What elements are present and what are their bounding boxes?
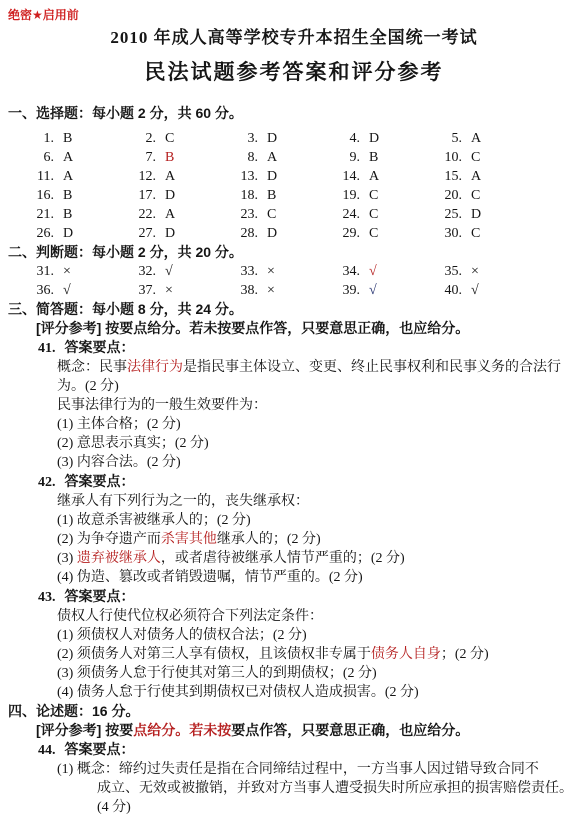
answer-number: 39. bbox=[326, 281, 360, 300]
answer-value: A bbox=[165, 167, 176, 186]
answer-number: 28. bbox=[224, 224, 258, 243]
answer-value: A bbox=[369, 167, 380, 186]
section-essay-heading: 四、论述题：16 分。 bbox=[8, 702, 580, 721]
highlighted-text: 法律行为 bbox=[127, 360, 183, 375]
answer-number: 35. bbox=[428, 262, 462, 281]
answer-number: 3. bbox=[224, 129, 258, 148]
answer-item: 4.D bbox=[326, 129, 428, 148]
answer-value: D bbox=[165, 224, 176, 243]
answer-value: × bbox=[267, 281, 275, 300]
text-line: (1) 故意杀害被继承人的；(2 分) bbox=[57, 511, 580, 530]
text-segment: 要点作答，只要意思正确，也应给分。 bbox=[231, 722, 469, 738]
text-line: (1) 主体合格；(2 分) bbox=[57, 415, 580, 434]
answer-number: 18. bbox=[224, 186, 258, 205]
section-short-answer-heading: 三、简答题：每小题 8 分，共 24 分。 bbox=[8, 300, 580, 319]
answer-item: 20.C bbox=[428, 186, 530, 205]
text-segment: (1) 概念：缔约过失责任是指在合同缔结过程中，一方当事人因过错导致合同不 bbox=[57, 762, 539, 777]
text-segment: 债权人行使代位权必须符合下列法定条件： bbox=[57, 609, 323, 624]
answer-number: 8. bbox=[224, 148, 258, 167]
answer-value: A bbox=[471, 129, 482, 148]
answer-value: B bbox=[63, 205, 73, 224]
answer-item: 40.√ bbox=[428, 281, 530, 300]
text-line: (2) 意思表示真实；(2 分) bbox=[57, 434, 580, 453]
answer-item: 3.D bbox=[224, 129, 326, 148]
question-block: 44.答案要点：(1) 概念：缔约过失责任是指在合同缔结过程中，一方当事人因过错… bbox=[8, 740, 580, 814]
question-block: 41.答案要点：概念：民事法律行为是指民事主体设立、变更、终止民事权利和民事义务… bbox=[8, 338, 580, 472]
answer-item: 26.D bbox=[20, 224, 122, 243]
text-line: (1) 须债权人对债务人的债权合法；(2 分) bbox=[57, 626, 580, 645]
text-line: 债权人行使代位权必须符合下列法定条件： bbox=[57, 607, 580, 626]
question-header: 44.答案要点： bbox=[38, 740, 580, 760]
answer-item: 35.× bbox=[428, 262, 530, 281]
answer-value: × bbox=[267, 262, 275, 281]
answer-number: 15. bbox=[428, 167, 462, 186]
text-line: 成立、无效或被撤销，并致对方当事人遭受损失时所应承担的损害赔偿责任。 bbox=[97, 779, 580, 798]
text-segment: ，或者虐待被继承人情节严重的；(2 分) bbox=[161, 551, 405, 566]
judgment-answer-grid: 31.×32.√33.×34.√35.×36.√37.×38.×39.√40.√ bbox=[20, 262, 580, 300]
answer-item: 19.C bbox=[326, 186, 428, 205]
text-line: [评分参考] 按要点给分。若未按要点作答，只要意思正确，也应给分。 bbox=[36, 319, 580, 338]
text-segment: (3) 须债务人怠于行使其对第三人的到期债权；(2 分) bbox=[57, 666, 377, 681]
short-answer-questions: 41.答案要点：概念：民事法律行为是指民事主体设立、变更、终止民事权利和民事义务… bbox=[8, 338, 580, 702]
answer-number: 14. bbox=[326, 167, 360, 186]
answer-number: 40. bbox=[428, 281, 462, 300]
answer-value: A bbox=[165, 205, 176, 224]
answer-key-title: 民法试题参考答案和评分参考 bbox=[8, 58, 580, 88]
answer-item: 13.D bbox=[224, 167, 326, 186]
answer-value: A bbox=[471, 167, 482, 186]
text-line: 为。(2 分) bbox=[57, 377, 580, 396]
answer-number: 30. bbox=[428, 224, 462, 243]
answer-value: C bbox=[471, 186, 481, 205]
answer-number: 27. bbox=[122, 224, 156, 243]
answer-value: C bbox=[369, 224, 379, 243]
answer-item: 12.A bbox=[122, 167, 224, 186]
answer-item: 34.√ bbox=[326, 262, 428, 281]
text-line: 继承人有下列行为之一的，丧失继承权： bbox=[57, 492, 580, 511]
text-segment: 继承人有下列行为之一的，丧失继承权： bbox=[57, 494, 309, 509]
question-number: 44. bbox=[38, 743, 56, 758]
answer-number: 20. bbox=[428, 186, 462, 205]
question-label: 答案要点： bbox=[65, 473, 135, 489]
section-judgment-heading: 二、判断题：每小题 2 分，共 20 分。 bbox=[8, 243, 580, 262]
answer-value: D bbox=[267, 224, 278, 243]
answer-number: 19. bbox=[326, 186, 360, 205]
highlighted-text: 杀害其他 bbox=[161, 532, 217, 547]
answer-value: D bbox=[369, 129, 380, 148]
answer-item: 16.B bbox=[20, 186, 122, 205]
text-segment: (1) 须债权人对债务人的债权合法；(2 分) bbox=[57, 628, 307, 643]
answer-value: C bbox=[165, 129, 175, 148]
answer-value: D bbox=[165, 186, 176, 205]
answer-value: √ bbox=[165, 262, 173, 281]
answer-value: B bbox=[369, 148, 379, 167]
text-segment: (3) 内容合法。(2 分) bbox=[57, 455, 181, 470]
text-segment: (2) 意思表示真实；(2 分) bbox=[57, 436, 209, 451]
answer-number: 33. bbox=[224, 262, 258, 281]
answer-item: 23.C bbox=[224, 205, 326, 224]
answer-number: 16. bbox=[20, 186, 54, 205]
answer-number: 13. bbox=[224, 167, 258, 186]
answer-item: 24.C bbox=[326, 205, 428, 224]
answer-item: 9.B bbox=[326, 148, 428, 167]
answer-value: × bbox=[63, 262, 71, 281]
answer-number: 37. bbox=[122, 281, 156, 300]
answer-item: 27.D bbox=[122, 224, 224, 243]
scoring-note-essay: [评分参考] 按要点给分。若未按要点作答，只要意思正确，也应给分。 bbox=[8, 721, 580, 740]
answer-value: B bbox=[63, 129, 73, 148]
question-label: 答案要点： bbox=[65, 339, 135, 355]
question-block: 43.答案要点：债权人行使代位权必须符合下列法定条件：(1) 须债权人对债务人的… bbox=[8, 587, 580, 702]
answer-item: 32.√ bbox=[122, 262, 224, 281]
answer-number: 26. bbox=[20, 224, 54, 243]
answer-number: 7. bbox=[122, 148, 156, 167]
text-line: [评分参考] 按要点给分。若未按要点作答，只要意思正确，也应给分。 bbox=[36, 721, 580, 740]
choice-answer-grid: 1.B2.C3.D4.D5.A6.A7.B8.A9.B10.C11.A12.A1… bbox=[20, 129, 580, 243]
document-page: 绝密★启用前 2010 年成人高等学校专升本招生全国统一考试 民法试题参考答案和… bbox=[0, 0, 588, 814]
answer-number: 22. bbox=[122, 205, 156, 224]
text-segment: 继承人的；(2 分) bbox=[217, 532, 321, 547]
answer-number: 1. bbox=[20, 129, 54, 148]
scoring-note-short-answer: [评分参考] 按要点给分。若未按要点作答，只要意思正确，也应给分。 bbox=[8, 319, 580, 338]
answer-number: 25. bbox=[428, 205, 462, 224]
answer-item: 17.D bbox=[122, 186, 224, 205]
text-line: (4 分) bbox=[97, 798, 580, 814]
answer-number: 11. bbox=[20, 167, 54, 186]
highlighted-text: 遗弃被继承人 bbox=[77, 551, 161, 566]
question-header: 41.答案要点： bbox=[38, 338, 580, 358]
text-segment: 为。(2 分) bbox=[57, 379, 119, 394]
answer-item: 6.A bbox=[20, 148, 122, 167]
text-segment: 民事法律行为的一般生效要件为： bbox=[57, 398, 267, 413]
text-segment: (2) 须债务人对第三人享有债权，且该债权非专属于 bbox=[57, 647, 371, 662]
text-segment: [评分参考] 按要点给分。若未按要点作答，只要意思正确，也应给分。 bbox=[36, 320, 469, 336]
question-number: 43. bbox=[38, 590, 56, 605]
answer-number: 31. bbox=[20, 262, 54, 281]
exam-title: 2010 年成人高等学校专升本招生全国统一考试 bbox=[8, 26, 580, 50]
answer-number: 36. bbox=[20, 281, 54, 300]
text-line: (4) 债务人怠于行使其到期债权已对债权人造成损害。(2 分) bbox=[57, 683, 580, 702]
answer-value: × bbox=[471, 262, 479, 281]
text-line: (3) 内容合法。(2 分) bbox=[57, 453, 580, 472]
answer-value: C bbox=[267, 205, 277, 224]
answer-item: 25.D bbox=[428, 205, 530, 224]
text-segment: (3) bbox=[57, 551, 77, 566]
text-line: 民事法律行为的一般生效要件为： bbox=[57, 396, 580, 415]
answer-value: D bbox=[267, 129, 278, 148]
answer-value: √ bbox=[63, 281, 71, 300]
text-segment: 是指民事主体设立、变更、终止民事权利和民事义务的合法行 bbox=[183, 360, 561, 375]
question-number: 41. bbox=[38, 341, 56, 356]
text-segment: (1) 主体合格；(2 分) bbox=[57, 417, 181, 432]
highlighted-text: 债务人自身 bbox=[371, 647, 441, 662]
text-segment: (1) 故意杀害被继承人的；(2 分) bbox=[57, 513, 251, 528]
text-segment: [评分参考] 按要 bbox=[36, 722, 133, 738]
answer-value: √ bbox=[471, 281, 479, 300]
text-line: 概念：民事法律行为是指民事主体设立、变更、终止民事权利和民事义务的合法行 bbox=[57, 358, 580, 377]
text-segment: (2) 为争夺遗产而 bbox=[57, 532, 161, 547]
answer-value: B bbox=[165, 148, 175, 167]
answer-item: 33.× bbox=[224, 262, 326, 281]
answer-item: 10.C bbox=[428, 148, 530, 167]
text-line: (3) 须债务人怠于行使其对第三人的到期债权；(2 分) bbox=[57, 664, 580, 683]
text-segment: (4 分) bbox=[97, 800, 131, 814]
answer-number: 9. bbox=[326, 148, 360, 167]
question-header: 42.答案要点： bbox=[38, 472, 580, 492]
answer-value: D bbox=[471, 205, 482, 224]
answer-value: A bbox=[63, 167, 74, 186]
answer-value: C bbox=[369, 205, 379, 224]
answer-number: 5. bbox=[428, 129, 462, 148]
answer-value: √ bbox=[369, 281, 377, 300]
answer-item: 29.C bbox=[326, 224, 428, 243]
text-line: (2) 须债务人对第三人享有债权，且该债权非专属于债务人自身；(2 分) bbox=[57, 645, 580, 664]
answer-value: A bbox=[267, 148, 278, 167]
text-line: (4) 伪造、篡改或者销毁遗嘱，情节严重的。(2 分) bbox=[57, 568, 580, 587]
answer-number: 34. bbox=[326, 262, 360, 281]
question-number: 42. bbox=[38, 475, 56, 490]
answer-item: 15.A bbox=[428, 167, 530, 186]
text-segment: 成立、无效或被撤销，并致对方当事人遭受损失时所应承担的损害赔偿责任。 bbox=[97, 781, 573, 796]
answer-item: 36.√ bbox=[20, 281, 122, 300]
answer-number: 17. bbox=[122, 186, 156, 205]
answer-value: × bbox=[165, 281, 173, 300]
answer-item: 7.B bbox=[122, 148, 224, 167]
answer-number: 21. bbox=[20, 205, 54, 224]
section-choice-heading: 一、选择题：每小题 2 分，共 60 分。 bbox=[8, 104, 580, 123]
text-segment: (4) 债务人怠于行使其到期债权已对债权人造成损害。(2 分) bbox=[57, 685, 419, 700]
answer-number: 32. bbox=[122, 262, 156, 281]
question-header: 43.答案要点： bbox=[38, 587, 580, 607]
answer-value: B bbox=[63, 186, 73, 205]
text-line: (2) 为争夺遗产而杀害其他继承人的；(2 分) bbox=[57, 530, 580, 549]
question-block: 42.答案要点：继承人有下列行为之一的，丧失继承权：(1) 故意杀害被继承人的；… bbox=[8, 472, 580, 587]
answer-value: √ bbox=[369, 262, 377, 281]
answer-number: 10. bbox=[428, 148, 462, 167]
text-segment: ；(2 分) bbox=[441, 647, 489, 662]
answer-number: 38. bbox=[224, 281, 258, 300]
text-line: (3) 遗弃被继承人，或者虐待被继承人情节严重的；(2 分) bbox=[57, 549, 580, 568]
answer-number: 4. bbox=[326, 129, 360, 148]
answer-item: 39.√ bbox=[326, 281, 428, 300]
answer-item: 31.× bbox=[20, 262, 122, 281]
answer-item: 21.B bbox=[20, 205, 122, 224]
answer-value: D bbox=[267, 167, 278, 186]
text-line: (1) 概念：缔约过失责任是指在合同缔结过程中，一方当事人因过错导致合同不 bbox=[57, 760, 580, 779]
answer-item: 5.A bbox=[428, 129, 530, 148]
answer-number: 24. bbox=[326, 205, 360, 224]
answer-value: C bbox=[471, 148, 481, 167]
question-label: 答案要点： bbox=[65, 588, 135, 604]
answer-item: 22.A bbox=[122, 205, 224, 224]
answer-item: 18.B bbox=[224, 186, 326, 205]
answer-item: 37.× bbox=[122, 281, 224, 300]
answer-item: 2.C bbox=[122, 129, 224, 148]
answer-item: 14.A bbox=[326, 167, 428, 186]
answer-item: 38.× bbox=[224, 281, 326, 300]
answer-item: 11.A bbox=[20, 167, 122, 186]
question-label: 答案要点： bbox=[65, 741, 135, 757]
answer-value: D bbox=[63, 224, 74, 243]
answer-item: 1.B bbox=[20, 129, 122, 148]
answer-item: 30.C bbox=[428, 224, 530, 243]
highlighted-text: 点给分。若未按 bbox=[133, 722, 231, 738]
answer-value: C bbox=[471, 224, 481, 243]
answer-number: 2. bbox=[122, 129, 156, 148]
answer-number: 23. bbox=[224, 205, 258, 224]
classification-banner: 绝密★启用前 bbox=[8, 8, 580, 23]
answer-number: 6. bbox=[20, 148, 54, 167]
answer-item: 8.A bbox=[224, 148, 326, 167]
answer-value: C bbox=[369, 186, 379, 205]
text-segment: 概念：民事 bbox=[57, 360, 127, 375]
essay-questions: 44.答案要点：(1) 概念：缔约过失责任是指在合同缔结过程中，一方当事人因过错… bbox=[8, 740, 580, 814]
answer-value: A bbox=[63, 148, 74, 167]
text-segment: (4) 伪造、篡改或者销毁遗嘱，情节严重的。(2 分) bbox=[57, 570, 363, 585]
answer-item: 28.D bbox=[224, 224, 326, 243]
answer-value: B bbox=[267, 186, 277, 205]
answer-number: 29. bbox=[326, 224, 360, 243]
answer-number: 12. bbox=[122, 167, 156, 186]
